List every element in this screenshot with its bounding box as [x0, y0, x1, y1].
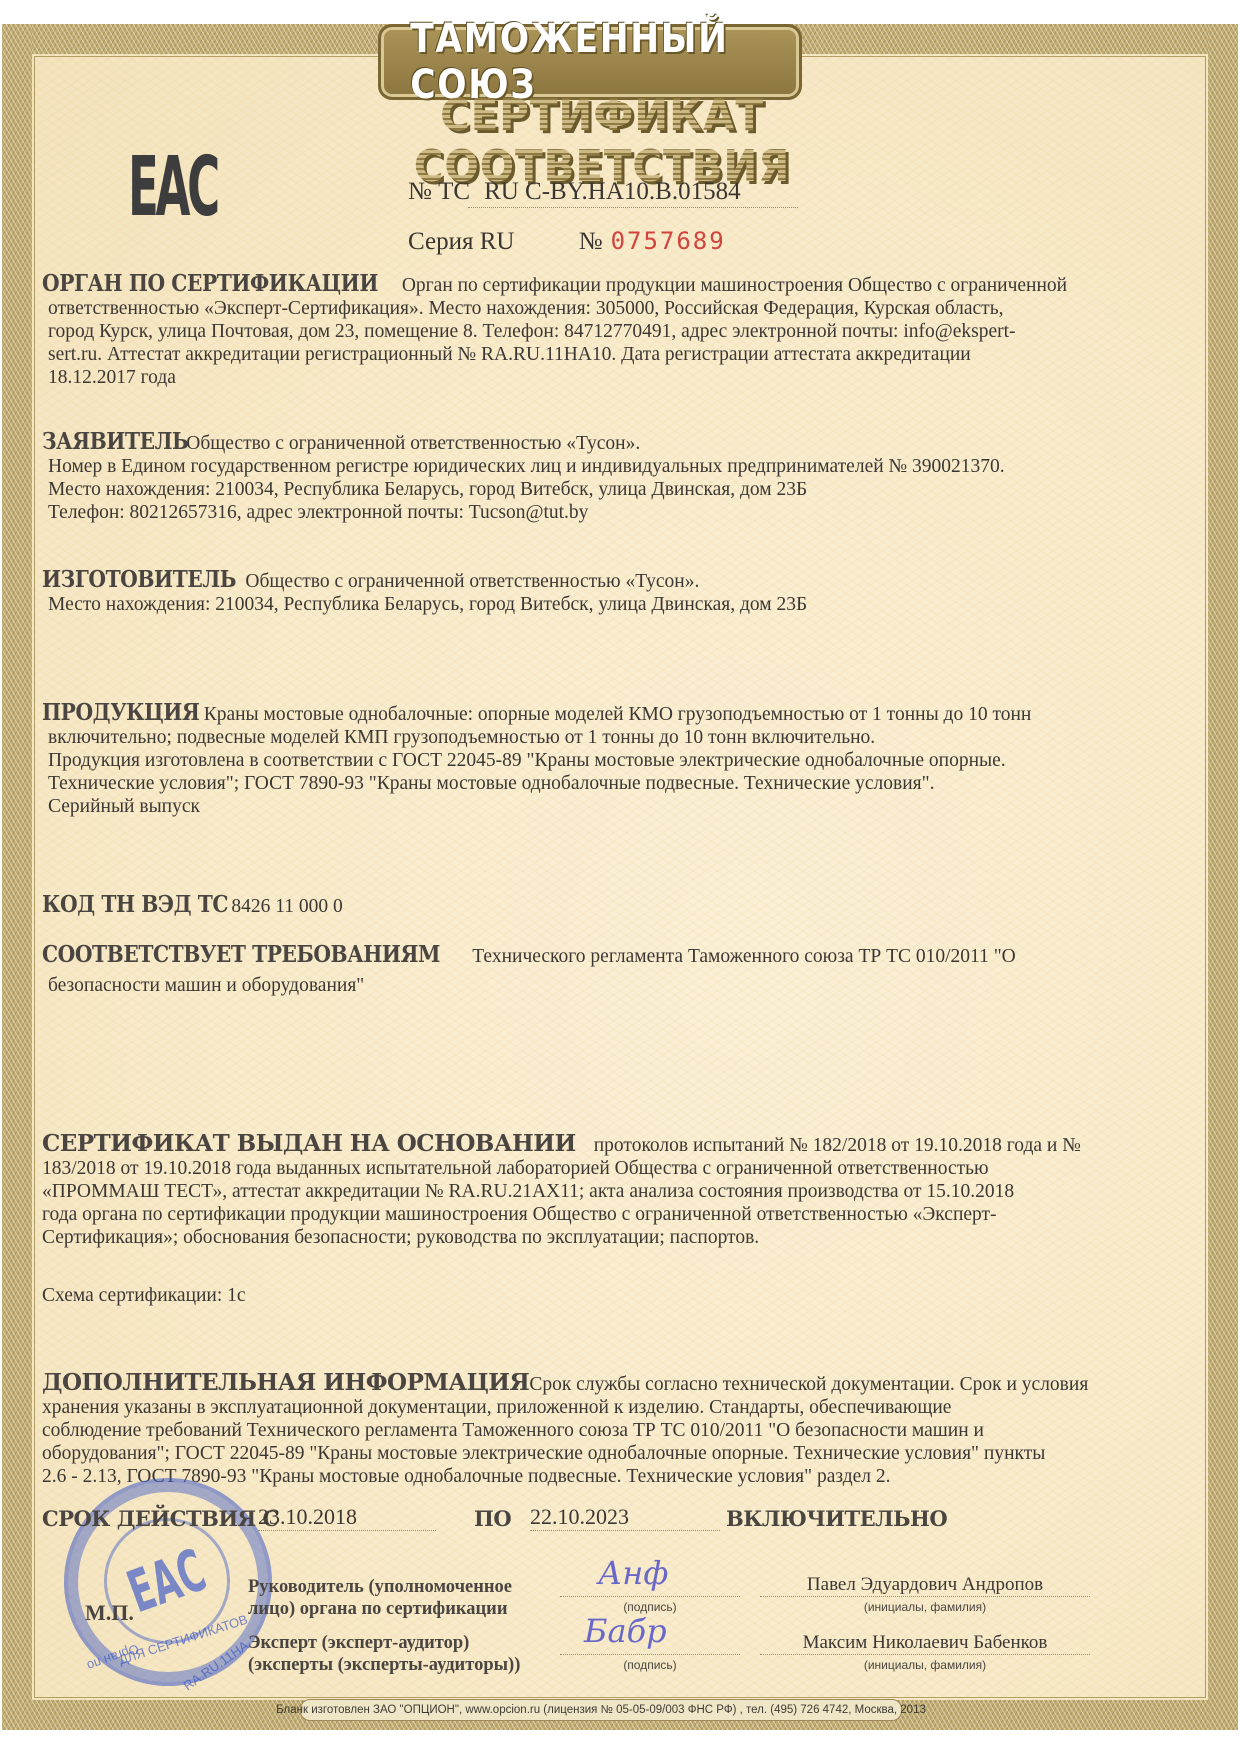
text-line: Руководитель (уполномоченное [248, 1576, 512, 1598]
certificate-number: № ТСRU C-BY.HA10.B.01584 [408, 178, 741, 206]
tn-ved-code-value: 8426 11 000 0 [231, 896, 342, 917]
text-line: Орган по сертификации продукции машиност… [402, 275, 1067, 296]
expert-name-line [760, 1654, 1090, 1655]
text-line: 2.6 - 2.13, ГОСТ 7890-93 "Краны мостовые… [42, 1465, 1092, 1488]
certificate-number-underline [468, 207, 798, 208]
text-line: 183/2018 от 19.10.2018 года выданных исп… [42, 1157, 1092, 1180]
text-line: Технического регламента Таможенного союз… [472, 946, 1016, 967]
text-line: года органа по сертификации продукции ма… [42, 1203, 1092, 1226]
series-row: Серия RU №0757689 [408, 227, 726, 256]
form-number-value: 0757689 [611, 227, 726, 255]
text-line: sert.ru. Аттестат аккредитации регистрац… [42, 343, 1092, 366]
text-line: Технические условия"; ГОСТ 7890-93 "Кран… [42, 772, 1092, 795]
signature-caption: (подпись) [590, 1658, 710, 1672]
text-line: Общество с ограниченной ответственностью… [245, 571, 699, 592]
form-printer-footer: Бланк изготовлен ЗАО "ОПЦИОН", www.opcio… [300, 1699, 902, 1721]
validity-to-label: ПО [474, 1506, 511, 1531]
text-line: 18.12.2017 года [42, 366, 1092, 389]
customs-union-badge: ТАМОЖЕННЫЙ СОЮЗ [378, 24, 802, 100]
section-label: СООТВЕТСТВУЕТ ТРЕБОВАНИЯМ [42, 943, 440, 966]
head-signature-icon: Анф [598, 1554, 668, 1592]
form-number-label: № [579, 228, 603, 255]
text-line: лицо) органа по сертификации [248, 1598, 512, 1620]
section-manufacturer: ИЗГОТОВИТЕЛЬ Общество с ограниченной отв… [42, 568, 1092, 616]
text-line: Номер в Едином государственном регистре … [42, 455, 1092, 478]
head-name: Павел Эдуардович Андропов [760, 1574, 1090, 1596]
section-additional-info: ДОПОЛНИТЕЛЬНАЯ ИНФОРМАЦИЯСрок службы сог… [42, 1371, 1092, 1488]
text-line: город Курск, улица Почтовая, дом 23, пом… [42, 320, 1092, 343]
name-caption: (инициалы, фамилия) [760, 1658, 1090, 1672]
section-label: ИЗГОТОВИТЕЛЬ [42, 568, 236, 591]
validity-period: СРОК ДЕЙСТВИЯ С 23.10.2018 ПО 22.10.2023… [42, 1504, 1092, 1532]
section-product: ПРОДУКЦИЯ Краны мостовые однобалочные: о… [42, 701, 1092, 818]
section-label: КОД ТН ВЭД ТС [42, 893, 228, 916]
section-certification-body: ОРГАН ПО СЕРТИФИКАЦИИОрган по сертификац… [42, 272, 1092, 389]
section-complies-with: СООТВЕТСТВУЕТ ТРЕБОВАНИЯМТехнического ре… [42, 943, 1092, 997]
certificate-number-value: RU C-BY.HA10.B.01584 [484, 178, 741, 205]
border-left [2, 24, 32, 1730]
text-line: ответственностью «Эксперт-Сертификация».… [42, 297, 1092, 320]
text-line: Краны мостовые однобалочные: опорные мод… [204, 704, 1032, 725]
validity-inclusive: ВКЛЮЧИТЕЛЬНО [726, 1506, 947, 1531]
certificate-title: СЕРТИФИКАТ СООТВЕТСТВИЯ [344, 90, 859, 192]
signatures-block: М.П. Руководитель (уполномоченное лицо) … [0, 1560, 1240, 1690]
footer-text: Бланк изготовлен ЗАО "ОПЦИОН", www.opcio… [276, 1704, 926, 1716]
validity-from-label: СРОК ДЕЙСТВИЯ С [42, 1506, 279, 1531]
text-line: соблюдение требований Технического регла… [42, 1419, 1092, 1442]
text-line: Сертификация»; обоснования безопасности;… [42, 1226, 1092, 1249]
series-label: Серия [408, 228, 473, 255]
expert-role: Эксперт (эксперт-аудитор) (эксперты (экс… [248, 1632, 520, 1676]
name-caption: (инициалы, фамилия) [760, 1600, 1090, 1614]
validity-from-date: 23.10.2018 [258, 1504, 436, 1531]
head-role: Руководитель (уполномоченное лицо) орган… [248, 1576, 512, 1620]
section-applicant: ЗАЯВИТЕЛЬОбщество с ограниченной ответст… [42, 430, 1092, 524]
text-line: «ПРОММАШ ТЕСТ», аттестат аккредитации № … [42, 1180, 1092, 1203]
text-line: протоколов испытаний № 182/2018 от 19.10… [594, 1135, 1081, 1156]
text-line: Продукция изготовлена в соответствии с Г… [42, 749, 1092, 772]
text-line: Место нахождения: 210034, Республика Бел… [42, 593, 1092, 616]
section-label: ЗАЯВИТЕЛЬ [42, 430, 188, 453]
expert-name: Максим Николаевич Бабенков [760, 1632, 1090, 1654]
certification-scheme: Схема сертификации: 1с [42, 1284, 1092, 1307]
text-line: хранения указаны в эксплуатационной доку… [42, 1396, 1092, 1419]
section-tn-ved-code: КОД ТН ВЭД ТС8426 11 000 0 [42, 893, 1092, 918]
head-signature-line [560, 1596, 740, 1597]
signature-caption: (подпись) [590, 1600, 710, 1614]
section-label: ПРОДУКЦИЯ [42, 701, 199, 724]
section-label: СЕРТИФИКАТ ВЫДАН НА ОСНОВАНИИ [42, 1130, 576, 1157]
text-line: Телефон: 80212657316, адрес электронной … [42, 501, 1092, 524]
text-line: Срок службы согласно технической докумен… [529, 1374, 1088, 1395]
text-line: оборудования"; ГОСТ 22045-89 "Краны мост… [42, 1442, 1092, 1465]
text-line: Схема сертификации: 1с [42, 1284, 1092, 1307]
section-issued-on-basis: СЕРТИФИКАТ ВЫДАН НА ОСНОВАНИИпротоколов … [42, 1132, 1092, 1249]
text-line: безопасности машин и оборудования" [42, 974, 1092, 997]
text-line: (эксперты (эксперты-аудиторы)) [248, 1654, 520, 1676]
series-value: RU [480, 228, 515, 255]
text-line: включительно; подвесные моделей КМП груз… [42, 726, 1092, 749]
eac-logo-icon: EAC [128, 150, 208, 225]
head-name-line [760, 1596, 1090, 1597]
expert-signature-icon: Бабр [584, 1612, 667, 1650]
border-right [1208, 24, 1238, 1730]
section-label: ДОПОЛНИТЕЛЬНАЯ ИНФОРМАЦИЯ [42, 1369, 529, 1396]
text-line: Общество с ограниченной ответственностью… [186, 433, 640, 454]
stamp-place-label: М.П. [85, 1600, 134, 1626]
validity-to-date: 22.10.2023 [530, 1504, 720, 1531]
section-label: ОРГАН ПО СЕРТИФИКАЦИИ [42, 272, 378, 295]
expert-signature-line [560, 1654, 740, 1655]
text-line: Серийный выпуск [42, 795, 1092, 818]
text-line: Эксперт (эксперт-аудитор) [248, 1632, 520, 1654]
text-line: Место нахождения: 210034, Республика Бел… [42, 478, 1092, 501]
certificate-number-label: № ТС [408, 178, 470, 205]
